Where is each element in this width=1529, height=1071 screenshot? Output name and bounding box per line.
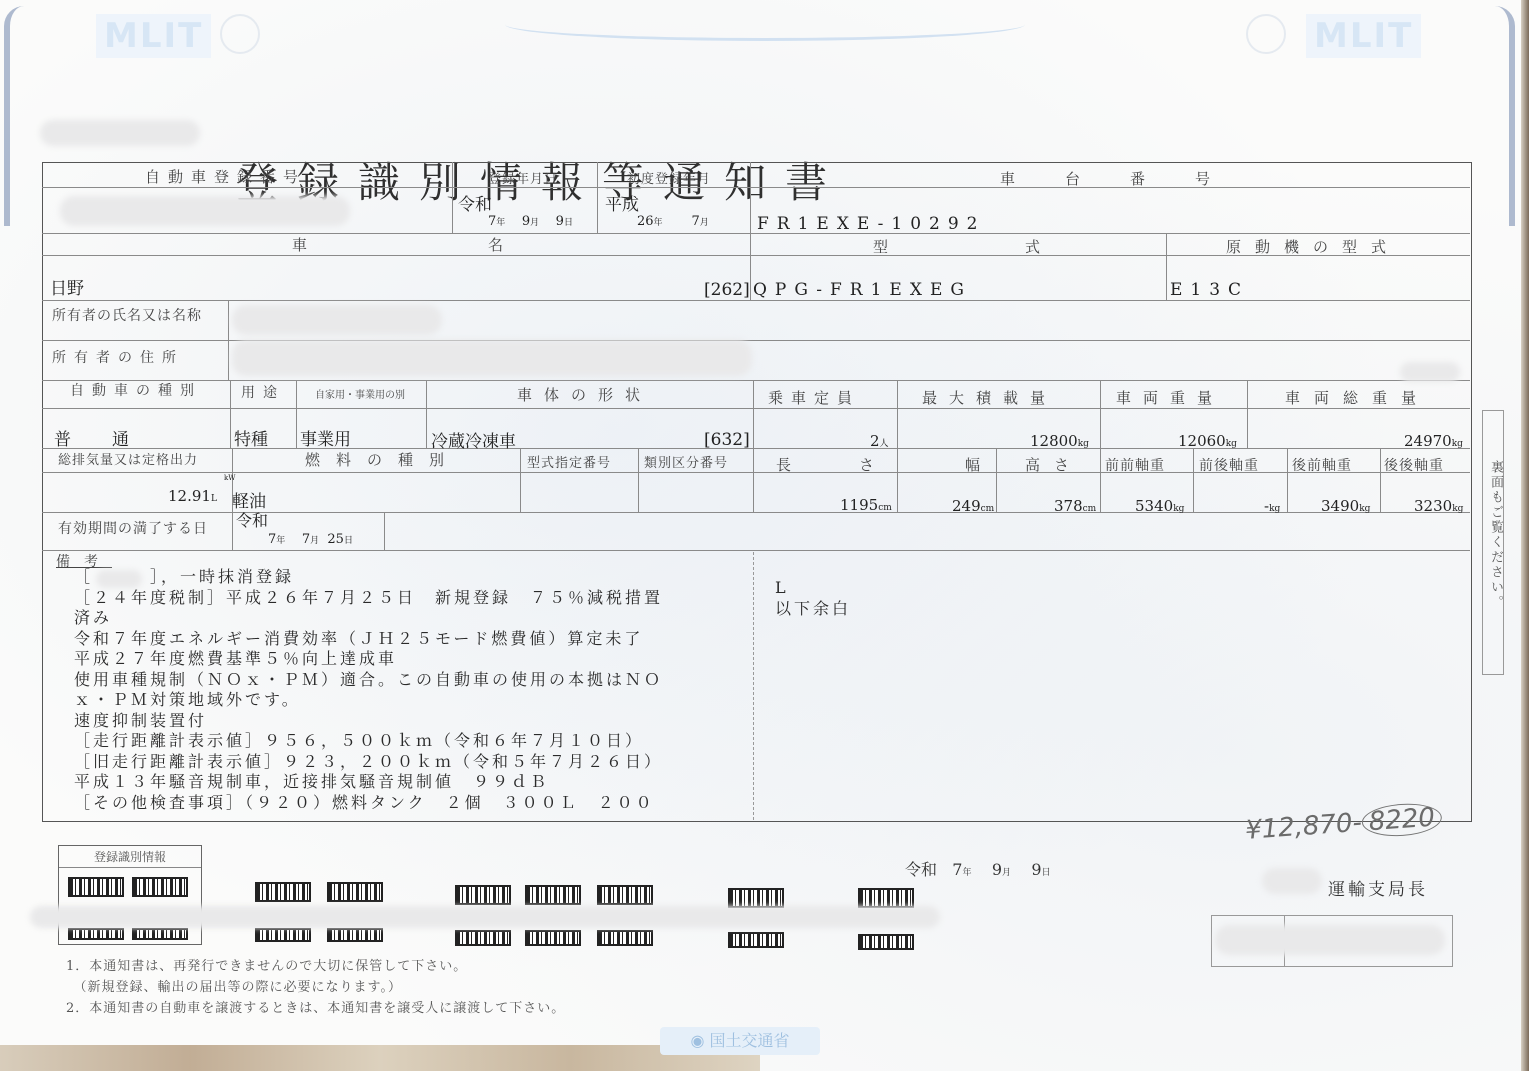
qr-code-icon xyxy=(858,934,914,950)
grid-line xyxy=(230,380,231,448)
grid-line xyxy=(426,380,427,448)
unit-kw: kW xyxy=(224,474,235,482)
grid-line xyxy=(296,380,297,448)
header-private-business: 自家用・事業用の別 xyxy=(315,386,405,401)
redacted-office xyxy=(40,120,200,146)
ministry-name: 国土交通省 xyxy=(710,1031,790,1050)
issuer: 運輸支局長 xyxy=(1328,875,1428,900)
redacted-owner-address xyxy=(232,340,752,376)
header-capacity: 乗車定員 xyxy=(768,387,860,408)
displacement-value: 12.91L xyxy=(168,487,217,505)
grid-line xyxy=(452,162,453,233)
header-type-designation: 型式指定番号 xyxy=(527,452,611,471)
redacted-registration-number xyxy=(60,196,350,226)
unit-kg: kg xyxy=(1359,504,1370,514)
unit-month: 月 xyxy=(700,218,709,228)
mlit-logo-right: MLIT xyxy=(1306,14,1421,58)
header-chassis-number: 車台番号 xyxy=(1000,168,1260,189)
reg-day: 9 xyxy=(556,214,564,229)
header-ff-axle: 前前軸重 xyxy=(1105,455,1165,475)
header-length-2: さ xyxy=(859,454,882,475)
length-number: 1195 xyxy=(840,496,878,514)
header-registration-number: 自動車登録番号 xyxy=(145,166,306,187)
qr-code-icon xyxy=(68,877,124,897)
grid-line xyxy=(1166,233,1167,300)
qr-code-icon xyxy=(327,882,383,902)
header-fr-axle: 前後軸重 xyxy=(1199,455,1259,475)
header-height: 高さ xyxy=(1025,454,1083,475)
grid-line xyxy=(897,448,898,512)
remark-line: 済み xyxy=(74,608,663,629)
header-vehicle-type: 自動車の種別 xyxy=(70,380,202,400)
grid-line xyxy=(1380,448,1381,512)
unit-year: 年 xyxy=(496,218,505,228)
remark-line: 平成１３年騒音規制車，近接排気騒音規制値 ９９ｄＢ xyxy=(74,772,663,793)
gross-weight-value: 24970kg xyxy=(1404,432,1463,450)
expiry-day: 25 xyxy=(327,532,344,547)
grid-line xyxy=(1287,448,1288,512)
max-load-number: 12800 xyxy=(1030,432,1078,450)
unit-year: 年 xyxy=(962,868,971,878)
length-value: 1195cm xyxy=(840,496,892,514)
grid-line xyxy=(520,448,521,512)
header-purpose: 用途 xyxy=(241,382,285,402)
vehicle-name-value: 日野 xyxy=(50,274,84,299)
header-body-shape: 車体の形状 xyxy=(517,384,652,405)
max-load-value: 12800kg xyxy=(1030,432,1089,450)
header-vehicle-name-2: 名 xyxy=(488,234,511,255)
qr-code-icon xyxy=(858,888,914,908)
unit-kg: kg xyxy=(1452,439,1463,449)
unit-cm: cm xyxy=(1083,504,1097,514)
capacity-number: 2 xyxy=(870,432,880,450)
unit-kg: kg xyxy=(1226,439,1237,449)
ministry-mark-icon: ◉ xyxy=(690,1031,709,1050)
redacted-owner-name xyxy=(232,305,442,335)
body-code-value: [632] xyxy=(704,430,750,450)
first-year: 26 xyxy=(637,214,654,229)
header-vehicle-weight: 車両重量 xyxy=(1116,387,1224,408)
vehicle-weight-value: 12060kg xyxy=(1178,432,1237,450)
first-registration-date: 26年 7月 xyxy=(637,214,709,229)
rr-axle-number: 3230 xyxy=(1414,497,1452,515)
qr-code-icon xyxy=(132,928,188,940)
registration-date-era: 令和 xyxy=(458,190,492,215)
width-number: 249 xyxy=(952,497,981,515)
qr-code-icon xyxy=(597,885,653,905)
model-code-value: [262] xyxy=(704,280,750,300)
grid-line xyxy=(228,300,229,380)
remarks-right: L以下余白 xyxy=(775,578,851,619)
header-displacement: 総排気量又は定格出力 xyxy=(58,449,198,468)
unit-day: 日 xyxy=(564,218,573,228)
unit-month: 月 xyxy=(530,218,539,228)
model-value: QPG-FR1EXEG xyxy=(753,280,972,300)
engine-model-value: E13C xyxy=(1170,280,1249,300)
header-owner-address: 所有者の住所 xyxy=(52,347,184,367)
header-gross-weight: 車両総重量 xyxy=(1285,387,1430,408)
width-value: 249cm xyxy=(952,497,994,515)
height-number: 378 xyxy=(1054,497,1083,515)
chassis-number-value: FR1EXE-10292 xyxy=(757,214,985,234)
qr-code-icon xyxy=(728,932,784,948)
qr-code-icon xyxy=(455,930,511,946)
remark-line: ［走行距離計表示値］９５６，５００ｋｍ（令和６年７月１０日） xyxy=(74,731,663,752)
qr-code-icon xyxy=(455,885,511,905)
redacted-seal xyxy=(1215,925,1445,955)
unit-cm: cm xyxy=(878,503,892,513)
rf-axle-number: 3490 xyxy=(1321,497,1359,515)
header-width: 幅 xyxy=(965,454,988,475)
grid-line xyxy=(597,162,598,233)
grid-line xyxy=(897,380,898,448)
grid-line xyxy=(42,408,1470,409)
grid-line xyxy=(384,512,385,550)
side-note-text: 裏面もご覧ください。 xyxy=(1486,460,1505,610)
qr-code-icon xyxy=(255,928,311,942)
qr-code-icon xyxy=(728,888,784,908)
reg-month: 9 xyxy=(522,214,530,229)
grid-line xyxy=(42,233,1470,234)
capacity-value: 2人 xyxy=(870,432,889,450)
fr-axle-value: -kg xyxy=(1264,497,1280,515)
handwritten-circled: 8220 xyxy=(1361,801,1443,839)
unit-cm: cm xyxy=(981,504,995,514)
remark-right-line: 以下余白 xyxy=(775,599,851,620)
header-vehicle-name-1: 車 xyxy=(292,234,315,255)
redacted-code xyxy=(1400,362,1460,382)
paper-edge-shadow xyxy=(1521,0,1529,1071)
vehicle-weight-number: 12060 xyxy=(1178,432,1226,450)
grid-line xyxy=(638,448,639,512)
remark-line: 速度抑制装置付 xyxy=(74,711,663,732)
unit-year: 年 xyxy=(276,536,285,546)
footer-note: 1．本通知書は、再発行できませんので大切に保管して下さい。 xyxy=(66,956,565,977)
displacement-number: 12.91 xyxy=(168,487,211,505)
remarks-divider xyxy=(753,552,754,820)
first-month: 7 xyxy=(692,214,700,229)
footer-note: 2．本通知書の自動車を譲渡するときは、本通知書を譲受人に譲渡して下さい。 xyxy=(66,998,565,1019)
qr-code-icon xyxy=(327,928,383,942)
header-first-registration: 初度登録年月 xyxy=(627,168,711,187)
header-length-1: 長 xyxy=(776,454,799,475)
header-model-2: 式 xyxy=(1025,236,1048,257)
redacted-office-name xyxy=(1262,868,1322,894)
registration-date: 7年 9月 9日 xyxy=(488,214,573,229)
remark-line: ［旧走行距離計表示値］９２３，２００ｋｍ（令和５年７月２６日） xyxy=(74,752,663,773)
capacity-unit: 人 xyxy=(880,439,889,449)
header-engine-model: 原動機の型式 xyxy=(1226,236,1400,257)
qr-box-label: 登録識別情報 xyxy=(59,848,201,868)
ministry-logo: ◉ 国土交通省 xyxy=(660,1027,820,1055)
grid-line xyxy=(1100,380,1101,512)
header-expiry: 有効期間の満了する日 xyxy=(58,518,208,538)
expiry-era: 令和 xyxy=(236,508,268,531)
mlit-logo-left: MLIT xyxy=(96,14,211,58)
unit-month: 月 xyxy=(310,536,319,546)
redacted-remark xyxy=(96,570,142,588)
rf-axle-value: 3490kg xyxy=(1321,497,1370,515)
remark-line: 使用車種規制（ＮＯｘ・ＰＭ）適合。この自動車の使用の本拠はＮＯ xyxy=(74,670,663,691)
redacted-qr-band xyxy=(30,906,940,928)
header-owner-name: 所有者の氏名又は名称 xyxy=(52,305,202,325)
qr-code-icon xyxy=(525,885,581,905)
ornament-right-icon xyxy=(1469,6,1515,226)
unit-kg: kg xyxy=(1078,439,1089,449)
grid-line xyxy=(42,550,1470,551)
issue-month: 9 xyxy=(992,860,1002,879)
issue-date: 令和 7年 9月 9日 xyxy=(905,857,1051,880)
remark-line: 平成２７年度燃費基準５％向上達成車 xyxy=(74,649,663,670)
unit-day: 日 xyxy=(344,536,353,546)
remark-line: ［その他検査事項］（９２０）燃料タンク ２個 ３００Ｌ ２００ xyxy=(74,793,663,814)
header-registration-date: 登録年月日 xyxy=(488,168,558,187)
qr-code-icon xyxy=(132,877,188,897)
header-max-load: 最大積載量 xyxy=(922,387,1057,408)
emblem-left-icon xyxy=(220,14,260,54)
header-category-number: 類別区分番号 xyxy=(644,452,728,471)
emblem-right-icon xyxy=(1246,14,1286,54)
remark-line: ｘ・ＰＭ対策地域外です。 xyxy=(74,690,663,711)
unit-year: 年 xyxy=(654,218,663,228)
issue-year: 7 xyxy=(952,860,962,879)
qr-code-icon xyxy=(68,928,124,940)
remark-line: 令和７年度エネルギー消費効率（ＪＨ２５モード燃費値）算定未了 xyxy=(74,629,663,650)
unit-month: 月 xyxy=(1002,868,1011,878)
grid-line xyxy=(42,380,1470,381)
footer-note: （新規登録、輸出の届出等の際に必要になります。） xyxy=(66,977,565,998)
vehicle-type-value: 普 通 xyxy=(54,425,141,450)
unit-kg: kg xyxy=(1269,504,1280,514)
height-value: 378cm xyxy=(1054,497,1096,515)
gross-weight-number: 24970 xyxy=(1404,432,1452,450)
ff-axle-value: 5340kg xyxy=(1135,497,1184,515)
remarks-list: ［ ］，一時抹消登録［２４年度税制］平成２６年７月２５日 新規登録 ７５％減税措… xyxy=(74,567,663,813)
ff-axle-number: 5340 xyxy=(1135,497,1173,515)
grid-line xyxy=(1247,380,1248,448)
issue-era: 令和 xyxy=(905,860,937,879)
ornament-top-icon xyxy=(505,8,1025,41)
qr-code-icon xyxy=(525,930,581,946)
unit-kg: kg xyxy=(1173,504,1184,514)
grid-line xyxy=(996,448,997,512)
table-surface xyxy=(0,1045,760,1071)
remark-line: ［ ］，一時抹消登録 xyxy=(74,567,663,588)
private-business-value: 事業用 xyxy=(300,425,351,450)
expiry-month: 7 xyxy=(302,532,310,547)
remark-right-line: L xyxy=(775,578,851,599)
header-fuel-type: 燃料の種別 xyxy=(305,449,460,470)
grid-line xyxy=(750,162,751,300)
unit-day: 日 xyxy=(1042,868,1051,878)
grid-line xyxy=(42,300,1470,301)
grid-line xyxy=(1193,448,1194,512)
purpose-value: 特種 xyxy=(234,425,268,450)
first-registration-era: 平成 xyxy=(605,190,639,215)
grid-line xyxy=(753,380,754,512)
expiry-date: 7年 7月 25日 xyxy=(268,532,353,547)
rr-axle-value: 3230kg xyxy=(1414,497,1463,515)
issue-day: 9 xyxy=(1031,860,1041,879)
header-rf-axle: 後前軸重 xyxy=(1292,455,1352,475)
qr-code-icon xyxy=(255,882,311,902)
header-model-1: 型 xyxy=(873,236,896,257)
unit-l: L xyxy=(211,494,217,504)
unit-kg: kg xyxy=(1452,504,1463,514)
notes-list: 1．本通知書は、再発行できませんので大切に保管して下さい。 （新規登録、輸出の届… xyxy=(66,956,565,1019)
header-rr-axle: 後後軸重 xyxy=(1384,455,1444,475)
qr-code-icon xyxy=(597,930,653,946)
remark-line: ［２４年度税制］平成２６年７月２５日 新規登録 ７５％減税措置 xyxy=(74,588,663,609)
